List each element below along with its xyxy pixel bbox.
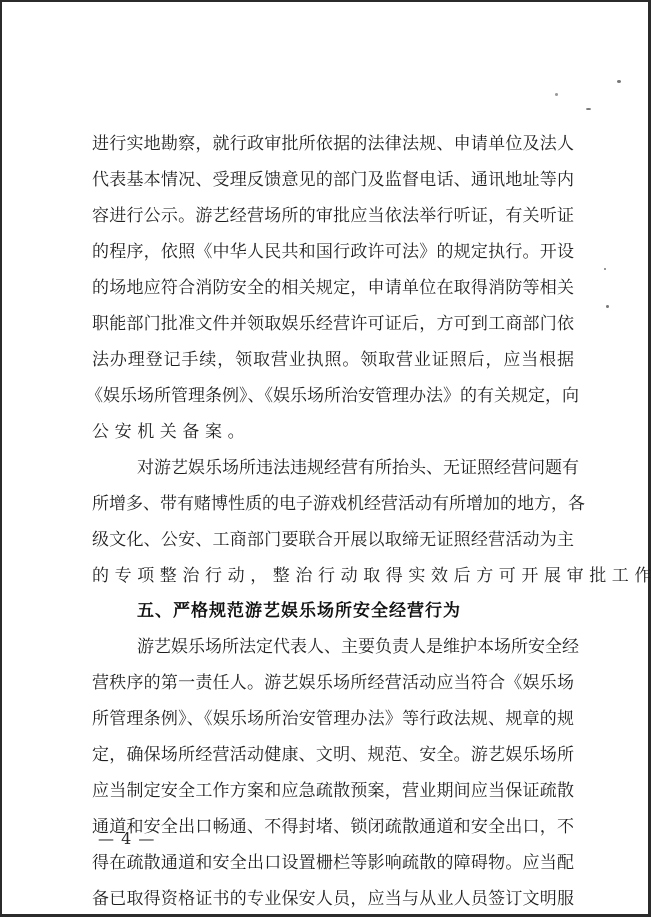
scan-speck <box>555 93 558 96</box>
text-line: 级文化、公安、工商部门要联合开展以取缔无证照经营活动为主 <box>92 528 574 552</box>
text-line: 容进行公示。游艺经营场所的审批应当依法举行听证，有关听证 <box>92 204 574 228</box>
text-line: 对游艺娱乐场所违法违规经营有所抬头、无证照经营问题有 <box>137 456 574 480</box>
text-line: 进行实地勘察，就行政审批所依据的法律法规、申请单位及法人 <box>92 132 574 156</box>
text-line: 法办理登记手续，领取营业执照。领取营业证照后，应当根据 <box>92 348 574 372</box>
text-line: 的程序，依照《中华人民共和国行政许可法》的规定执行。开设 <box>92 240 574 264</box>
text-line: 所增多、带有赌博性质的电子游戏机经营活动有所增加的地方，各 <box>92 492 574 516</box>
scan-speck <box>586 108 591 110</box>
section-heading: 五、严格规范游艺娱乐场所安全经营行为 <box>137 599 461 623</box>
text-line: 所管理条例》、《娱乐场所治安管理办法》等行政法规、规章的规 <box>92 707 574 731</box>
document-page: 进行实地勘察，就行政审批所依据的法律法规、申请单位及法人 代表基本情况、受理反馈… <box>2 2 648 914</box>
text-line: 代表基本情况、受理反馈意见的部门及监督电话、通讯地址等内 <box>92 168 574 192</box>
scan-speck <box>617 80 621 83</box>
scan-speck <box>604 268 606 270</box>
text-line: 通道和安全出口畅通、不得封堵、锁闭疏散通道和安全出口，不 <box>92 815 574 839</box>
text-line: 的专项整治行动，整治行动取得实效后方可开展审批工作。 <box>92 564 574 588</box>
page-number: — 4 — <box>98 828 155 850</box>
text-line: 《娱乐场所管理条例》、《娱乐场所治安管理办法》的有关规定，向 <box>86 384 574 408</box>
text-line: 公安机关备案。 <box>92 420 574 444</box>
text-line: 游艺娱乐场所法定代表人、主要负责人是维护本场所安全经 <box>137 635 574 659</box>
text-line: 的场地应符合消防安全的相关规定，申请单位在取得消防等相关 <box>92 276 574 300</box>
text-line: 职能部门批准文件并领取娱乐经营许可证后，方可到工商部门依 <box>92 312 574 336</box>
text-line: 备已取得资格证书的专业保安人员，应当与从业人员签订文明服 <box>92 887 574 911</box>
text-line: 营秩序的第一责任人。游艺娱乐场所经营活动应当符合《娱乐场 <box>92 671 574 695</box>
scan-speck <box>606 305 609 308</box>
text-line: 定，确保场所经营活动健康、文明、规范、安全。游艺娱乐场所 <box>92 743 574 767</box>
text-line: 应当制定安全工作方案和应急疏散预案，营业期间应当保证疏散 <box>92 779 574 803</box>
text-line: 得在疏散通道和安全出口设置栅栏等影响疏散的障碍物。应当配 <box>92 851 574 875</box>
